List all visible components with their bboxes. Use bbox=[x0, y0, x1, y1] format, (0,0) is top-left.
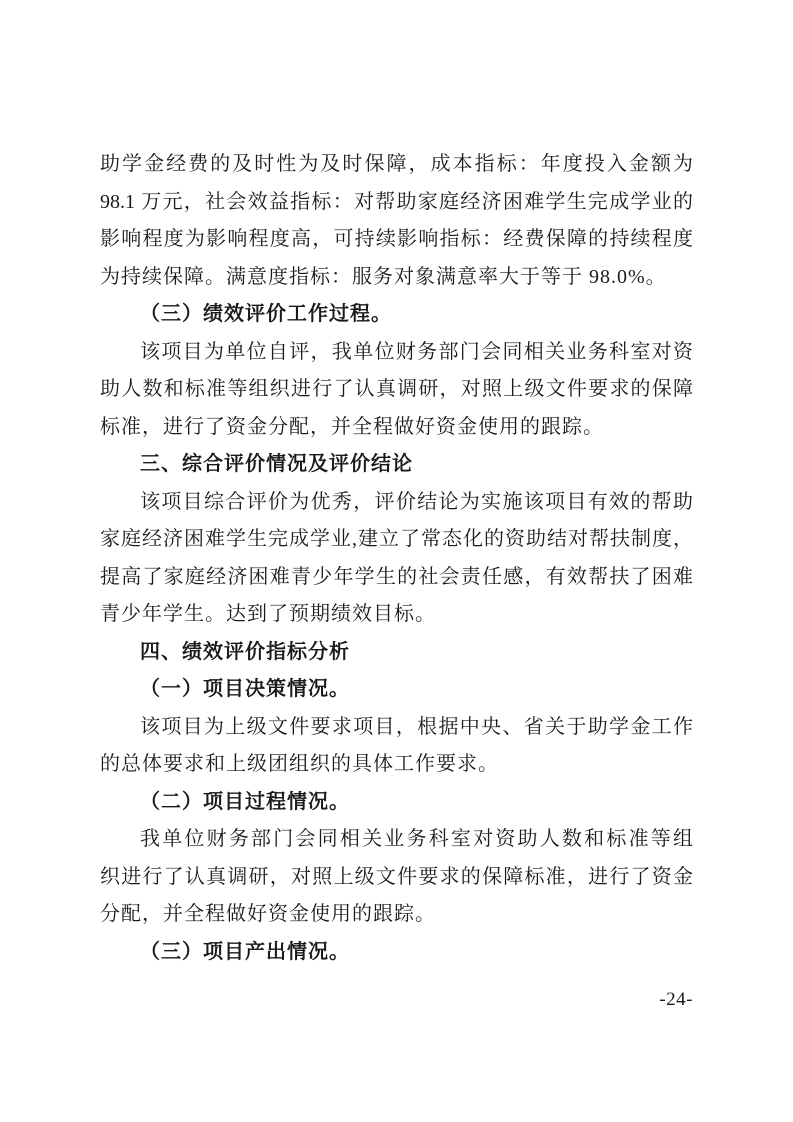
text-line: 影响程度为影响程度高，可持续影响指标：经费保障的持续程度 bbox=[100, 221, 693, 259]
text-line: 分配，并全程做好资金使用的跟踪。 bbox=[100, 896, 693, 934]
text-line: 98.1 万元，社会效益指标：对帮助家庭经济困难学生完成学业的 bbox=[100, 184, 693, 222]
text-line: 为持续保障。满意度指标：服务对象满意率大于等于 98.0%。 bbox=[100, 259, 693, 297]
section-heading: 三、综合评价情况及评价结论 bbox=[100, 446, 693, 484]
section-heading: 四、绩效评价指标分析 bbox=[100, 634, 693, 672]
text-line: 该项目为单位自评，我单位财务部门会同相关业务科室对资 bbox=[100, 334, 693, 372]
page-number: -24- bbox=[659, 989, 693, 1011]
section-heading: （一）项目决策情况。 bbox=[100, 671, 693, 709]
text-line: 织进行了认真调研，对照上级文件要求的保障标准，进行了资金 bbox=[100, 859, 693, 897]
text-line: 家庭经济困难学生完成学业,建立了常态化的资助结对帮扶制度， bbox=[100, 521, 693, 559]
text-line: 该项目综合评价为优秀，评价结论为实施该项目有效的帮助 bbox=[100, 484, 693, 522]
text-line: 标准，进行了资金分配，并全程做好资金使用的跟踪。 bbox=[100, 409, 693, 447]
text-line: 青少年学生。达到了预期绩效目标。 bbox=[100, 596, 693, 634]
text-line: 提高了家庭经济困难青少年学生的社会责任感，有效帮扶了困难 bbox=[100, 559, 693, 597]
section-heading: （二）项目过程情况。 bbox=[100, 784, 693, 822]
document-body: 助学金经费的及时性为及时保障，成本指标：年度投入金额为 98.1 万元，社会效益… bbox=[100, 146, 693, 971]
document-page: 助学金经费的及时性为及时保障，成本指标：年度投入金额为 98.1 万元，社会效益… bbox=[0, 0, 793, 1122]
text-line: 助人数和标准等组织进行了认真调研，对照上级文件要求的保障 bbox=[100, 371, 693, 409]
text-line: 我单位财务部门会同相关业务科室对资助人数和标准等组 bbox=[100, 821, 693, 859]
text-line: 的总体要求和上级团组织的具体工作要求。 bbox=[100, 746, 693, 784]
section-heading: （三）项目产出情况。 bbox=[100, 934, 693, 972]
text-line: 助学金经费的及时性为及时保障，成本指标：年度投入金额为 bbox=[100, 146, 693, 184]
text-line: 该项目为上级文件要求项目，根据中央、省关于助学金工作 bbox=[100, 709, 693, 747]
section-heading: （三）绩效评价工作过程。 bbox=[100, 296, 693, 334]
